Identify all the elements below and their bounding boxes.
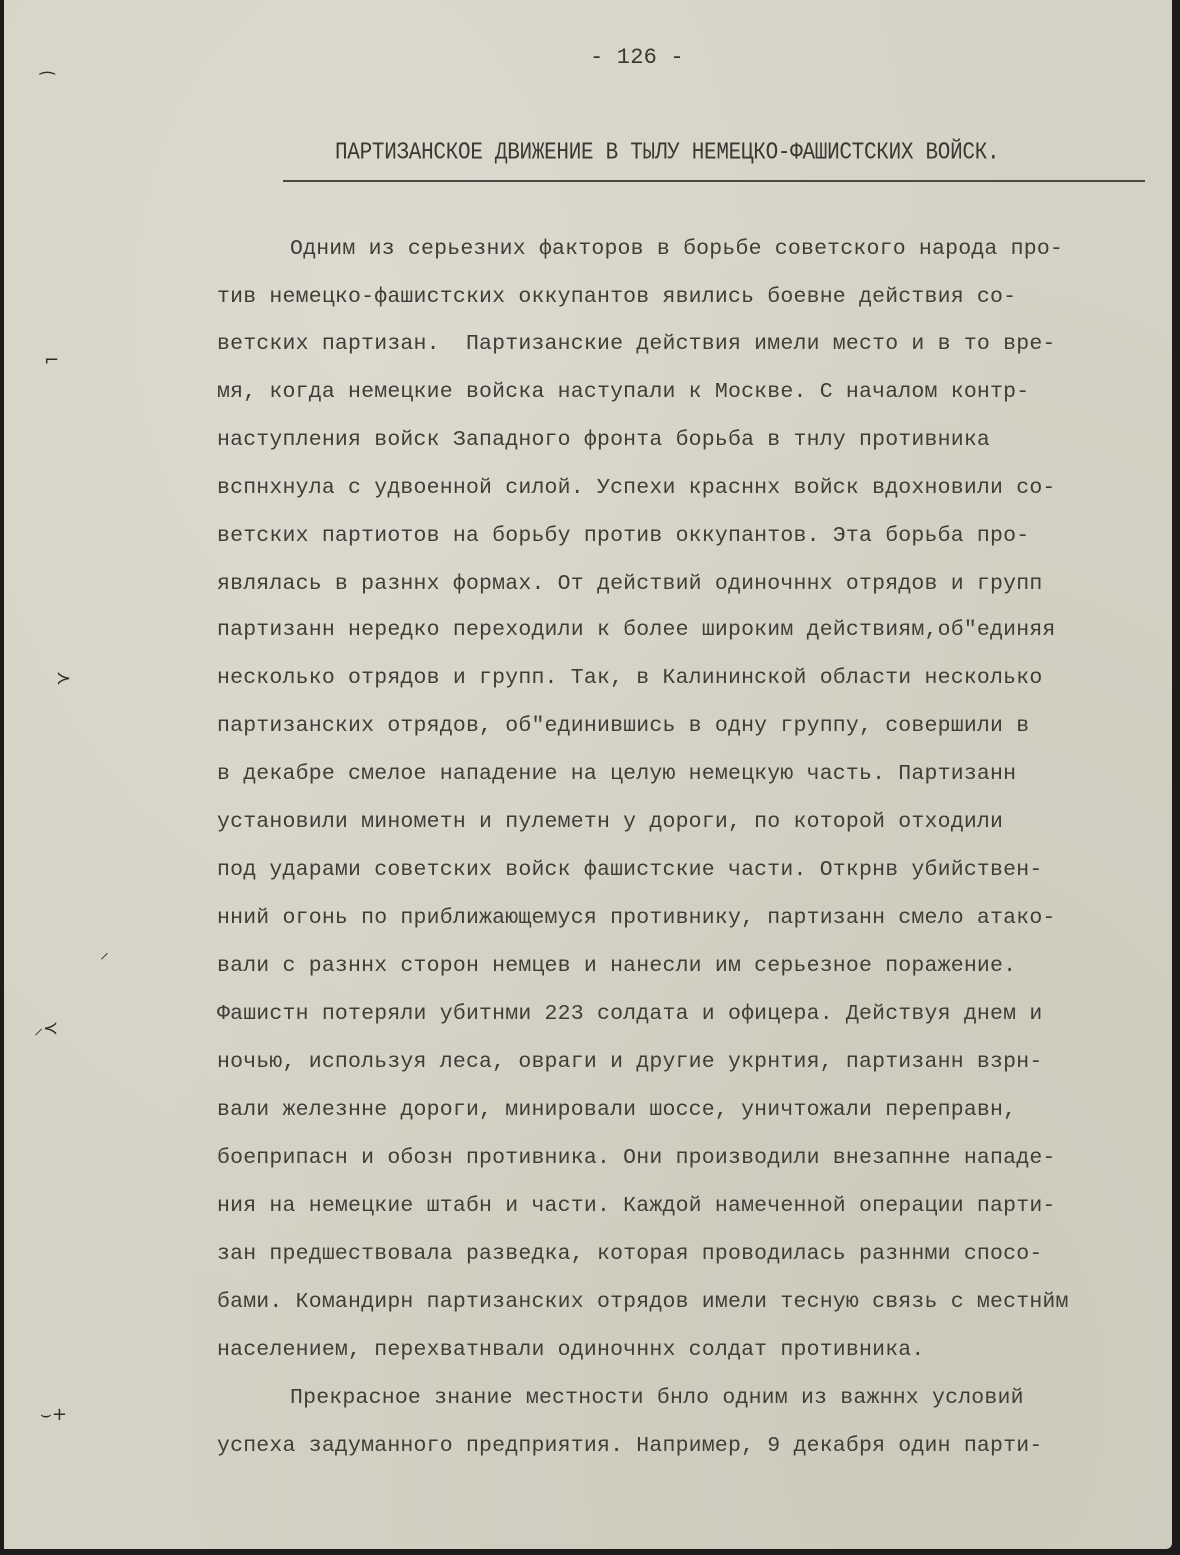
text-line: вали железнне дороги, минировали шоссе, … <box>217 1098 1016 1122</box>
text-line: боеприпасн и обозн противника. Они произ… <box>217 1146 1056 1170</box>
text-line: Фашистн потеряли убитнми 223 солдата и о… <box>217 1002 1042 1026</box>
text-line: нний огонь по приближающемуся противнику… <box>217 906 1056 930</box>
title-underline <box>283 180 1145 182</box>
punch-hole-mark-2-icon: ⌐ <box>44 350 59 371</box>
text-line: Одним из серьезних факторов в борьбе сов… <box>290 237 1063 261</box>
text-line: в декабре смелое нападение на целую неме… <box>217 762 1016 786</box>
punch-hole-mark-6-icon: ⌣+ <box>40 1404 67 1425</box>
text-line: наступления войск Западного фронта борьб… <box>217 428 990 452</box>
text-line: мя, когда немецкие войска наступали к Мо… <box>217 380 1029 404</box>
text-line: ветских партизан. Партизанские действия … <box>217 332 1056 356</box>
text-line: партизанн нередко переходили к более шир… <box>217 618 1056 642</box>
section-title: ПАРТИЗАНСКОЕ ДВИЖЕНИЕ В ТЫЛУ НЕМЕЦКО-ФАШ… <box>335 140 999 166</box>
punch-hole-mark-4-icon: ⸝ <box>100 940 109 964</box>
text-line: тив немецко-фашистских оккупантов явилис… <box>217 285 1016 309</box>
punch-hole-mark-1-icon: ⁀ <box>40 72 54 93</box>
text-line: ветских партиотов на борьбу против оккуп… <box>217 524 1029 548</box>
text-line: успеха задуманного предприятия. Например… <box>217 1434 1042 1458</box>
document-page: - 126 - ПАРТИЗАНСКОЕ ДВИЖЕНИЕ В ТЫЛУ НЕМ… <box>4 0 1172 1549</box>
text-line: бами. Командирн партизанских отрядов име… <box>217 1290 1069 1314</box>
text-line: являлась в разннх формах. От действий од… <box>217 572 1042 596</box>
text-line: установили минометн и пулеметн у дороги,… <box>217 810 1003 834</box>
punch-hole-mark-3-icon: ≻ <box>56 668 71 689</box>
text-line: вали с разннх сторон немцев и нанесли им… <box>217 954 1016 978</box>
text-line: ния на немецкие штабн и части. Каждой на… <box>217 1194 1056 1218</box>
text-line: несколько отрядов и групп. Так, в Калини… <box>217 666 1042 690</box>
text-line: вспнхнула с удвоенной силой. Успехи крас… <box>217 476 1056 500</box>
text-line: ночью, используя леса, овраги и другие у… <box>217 1050 1042 1074</box>
text-line: Прекрасное знание местности бнло одним и… <box>290 1386 1024 1410</box>
page-number: - 126 - <box>590 45 684 70</box>
text-line: партизанских отрядов, об"единившись в од… <box>217 714 1029 738</box>
text-line: зан предшествовала разведка, которая про… <box>217 1242 1042 1266</box>
punch-hole-mark-5-icon: ⸝≺ <box>34 1016 58 1040</box>
text-line: под ударами советских войск фашистские ч… <box>217 858 1042 882</box>
text-line: населением, перехватнвали одиночннх солд… <box>217 1338 925 1362</box>
